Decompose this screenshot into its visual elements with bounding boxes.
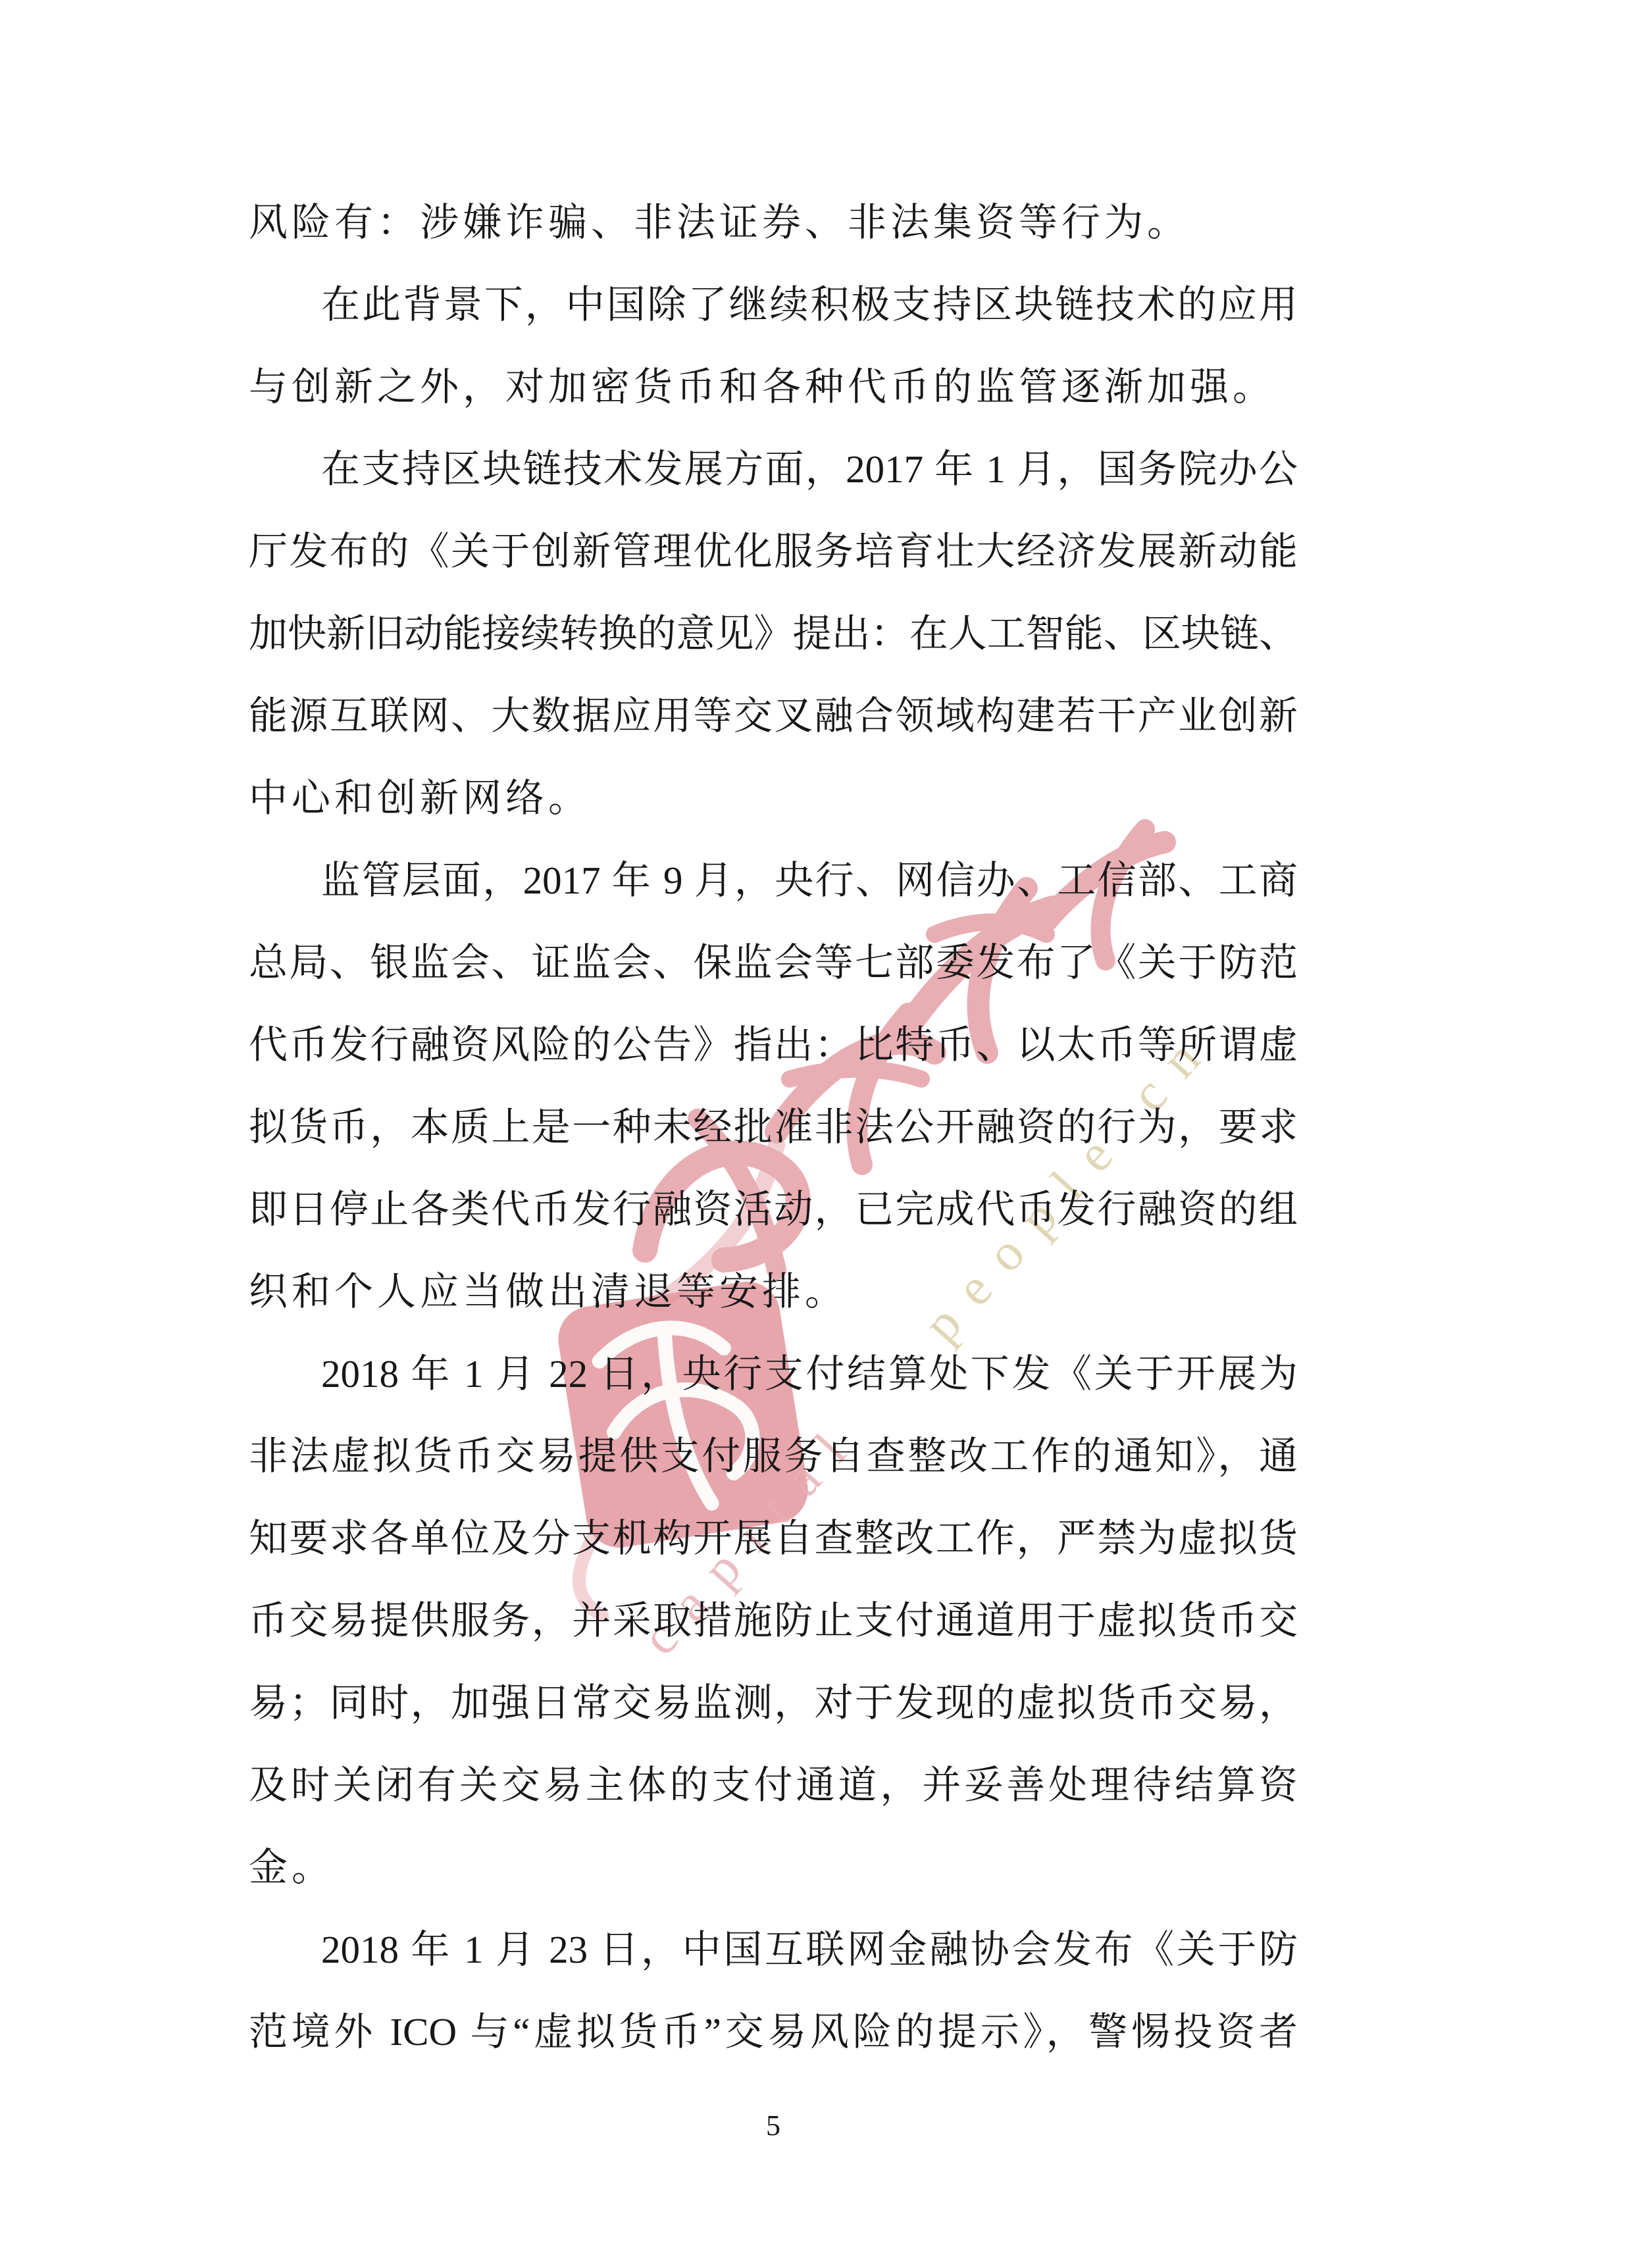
text-line: 中心和创新网络。 bbox=[249, 757, 1298, 840]
document-page: 人民创投 capital bbox=[0, 0, 1632, 2268]
text-line: 2018 年 1 月 23 日，中国互联网金融协会发布《关于防 bbox=[249, 1909, 1298, 1991]
text-line: 知要求各单位及分支机构开展自查整改工作，严禁为虚拟货 bbox=[249, 1498, 1298, 1580]
text-line: 2018 年 1 月 22 日，央行支付结算处下发《关于开展为 bbox=[249, 1333, 1298, 1415]
text-line: 厅发布的《关于创新管理优化服务培育壮大经济发展新动能 bbox=[249, 511, 1298, 593]
body-text: 风险有：涉嫌诈骗、非法证券、非法集资等行为。 在此背景下，中国除了继续积极支持区… bbox=[249, 182, 1298, 2073]
text-line: 币交易提供服务，并采取措施防止支付通道用于虚拟货币交 bbox=[249, 1580, 1298, 1662]
text-line: 监管层面，2017 年 9 月，央行、网信办、工信部、工商 bbox=[249, 840, 1298, 922]
text-line: 及时关闭有关交易主体的支付通道，并妥善处理待结算资 bbox=[249, 1744, 1298, 1827]
page-number: 5 bbox=[249, 2109, 1298, 2142]
text-line: 金。 bbox=[249, 1827, 1298, 1909]
text-line: 即日停止各类代币发行融资活动，已完成代币发行融资的组 bbox=[249, 1169, 1298, 1251]
text-line: 易；同时，加强日常交易监测，对于发现的虚拟货币交易， bbox=[249, 1662, 1298, 1744]
text-line: 与创新之外，对加密货币和各种代币的监管逐渐加强。 bbox=[249, 346, 1298, 428]
text-line: 拟货币，本质上是一种未经批准非法公开融资的行为，要求 bbox=[249, 1086, 1298, 1169]
text-line: 在支持区块链技术发展方面，2017 年 1 月，国务院办公 bbox=[249, 428, 1298, 511]
text-line: 非法虚拟货币交易提供支付服务自查整改工作的通知》，通 bbox=[249, 1415, 1298, 1498]
text-line: 风险有：涉嫌诈骗、非法证券、非法集资等行为。 bbox=[249, 182, 1298, 264]
text-line: 织和个人应当做出清退等安排。 bbox=[249, 1251, 1298, 1333]
text-line: 能源互联网、大数据应用等交叉融合领域构建若干产业创新 bbox=[249, 675, 1298, 757]
text-line: 加快新旧动能接续转换的意见》提出：在人工智能、区块链、 bbox=[249, 593, 1298, 675]
text-line: 总局、银监会、证监会、保监会等七部委发布了《关于防范 bbox=[249, 922, 1298, 1004]
text-line: 范境外 ICO 与“虚拟货币”交易风险的提示》，警惕投资者 bbox=[249, 1991, 1298, 2073]
text-line: 在此背景下，中国除了继续积极支持区块链技术的应用 bbox=[249, 264, 1298, 346]
text-line: 代币发行融资风险的公告》指出：比特币、以太币等所谓虚 bbox=[249, 1004, 1298, 1086]
